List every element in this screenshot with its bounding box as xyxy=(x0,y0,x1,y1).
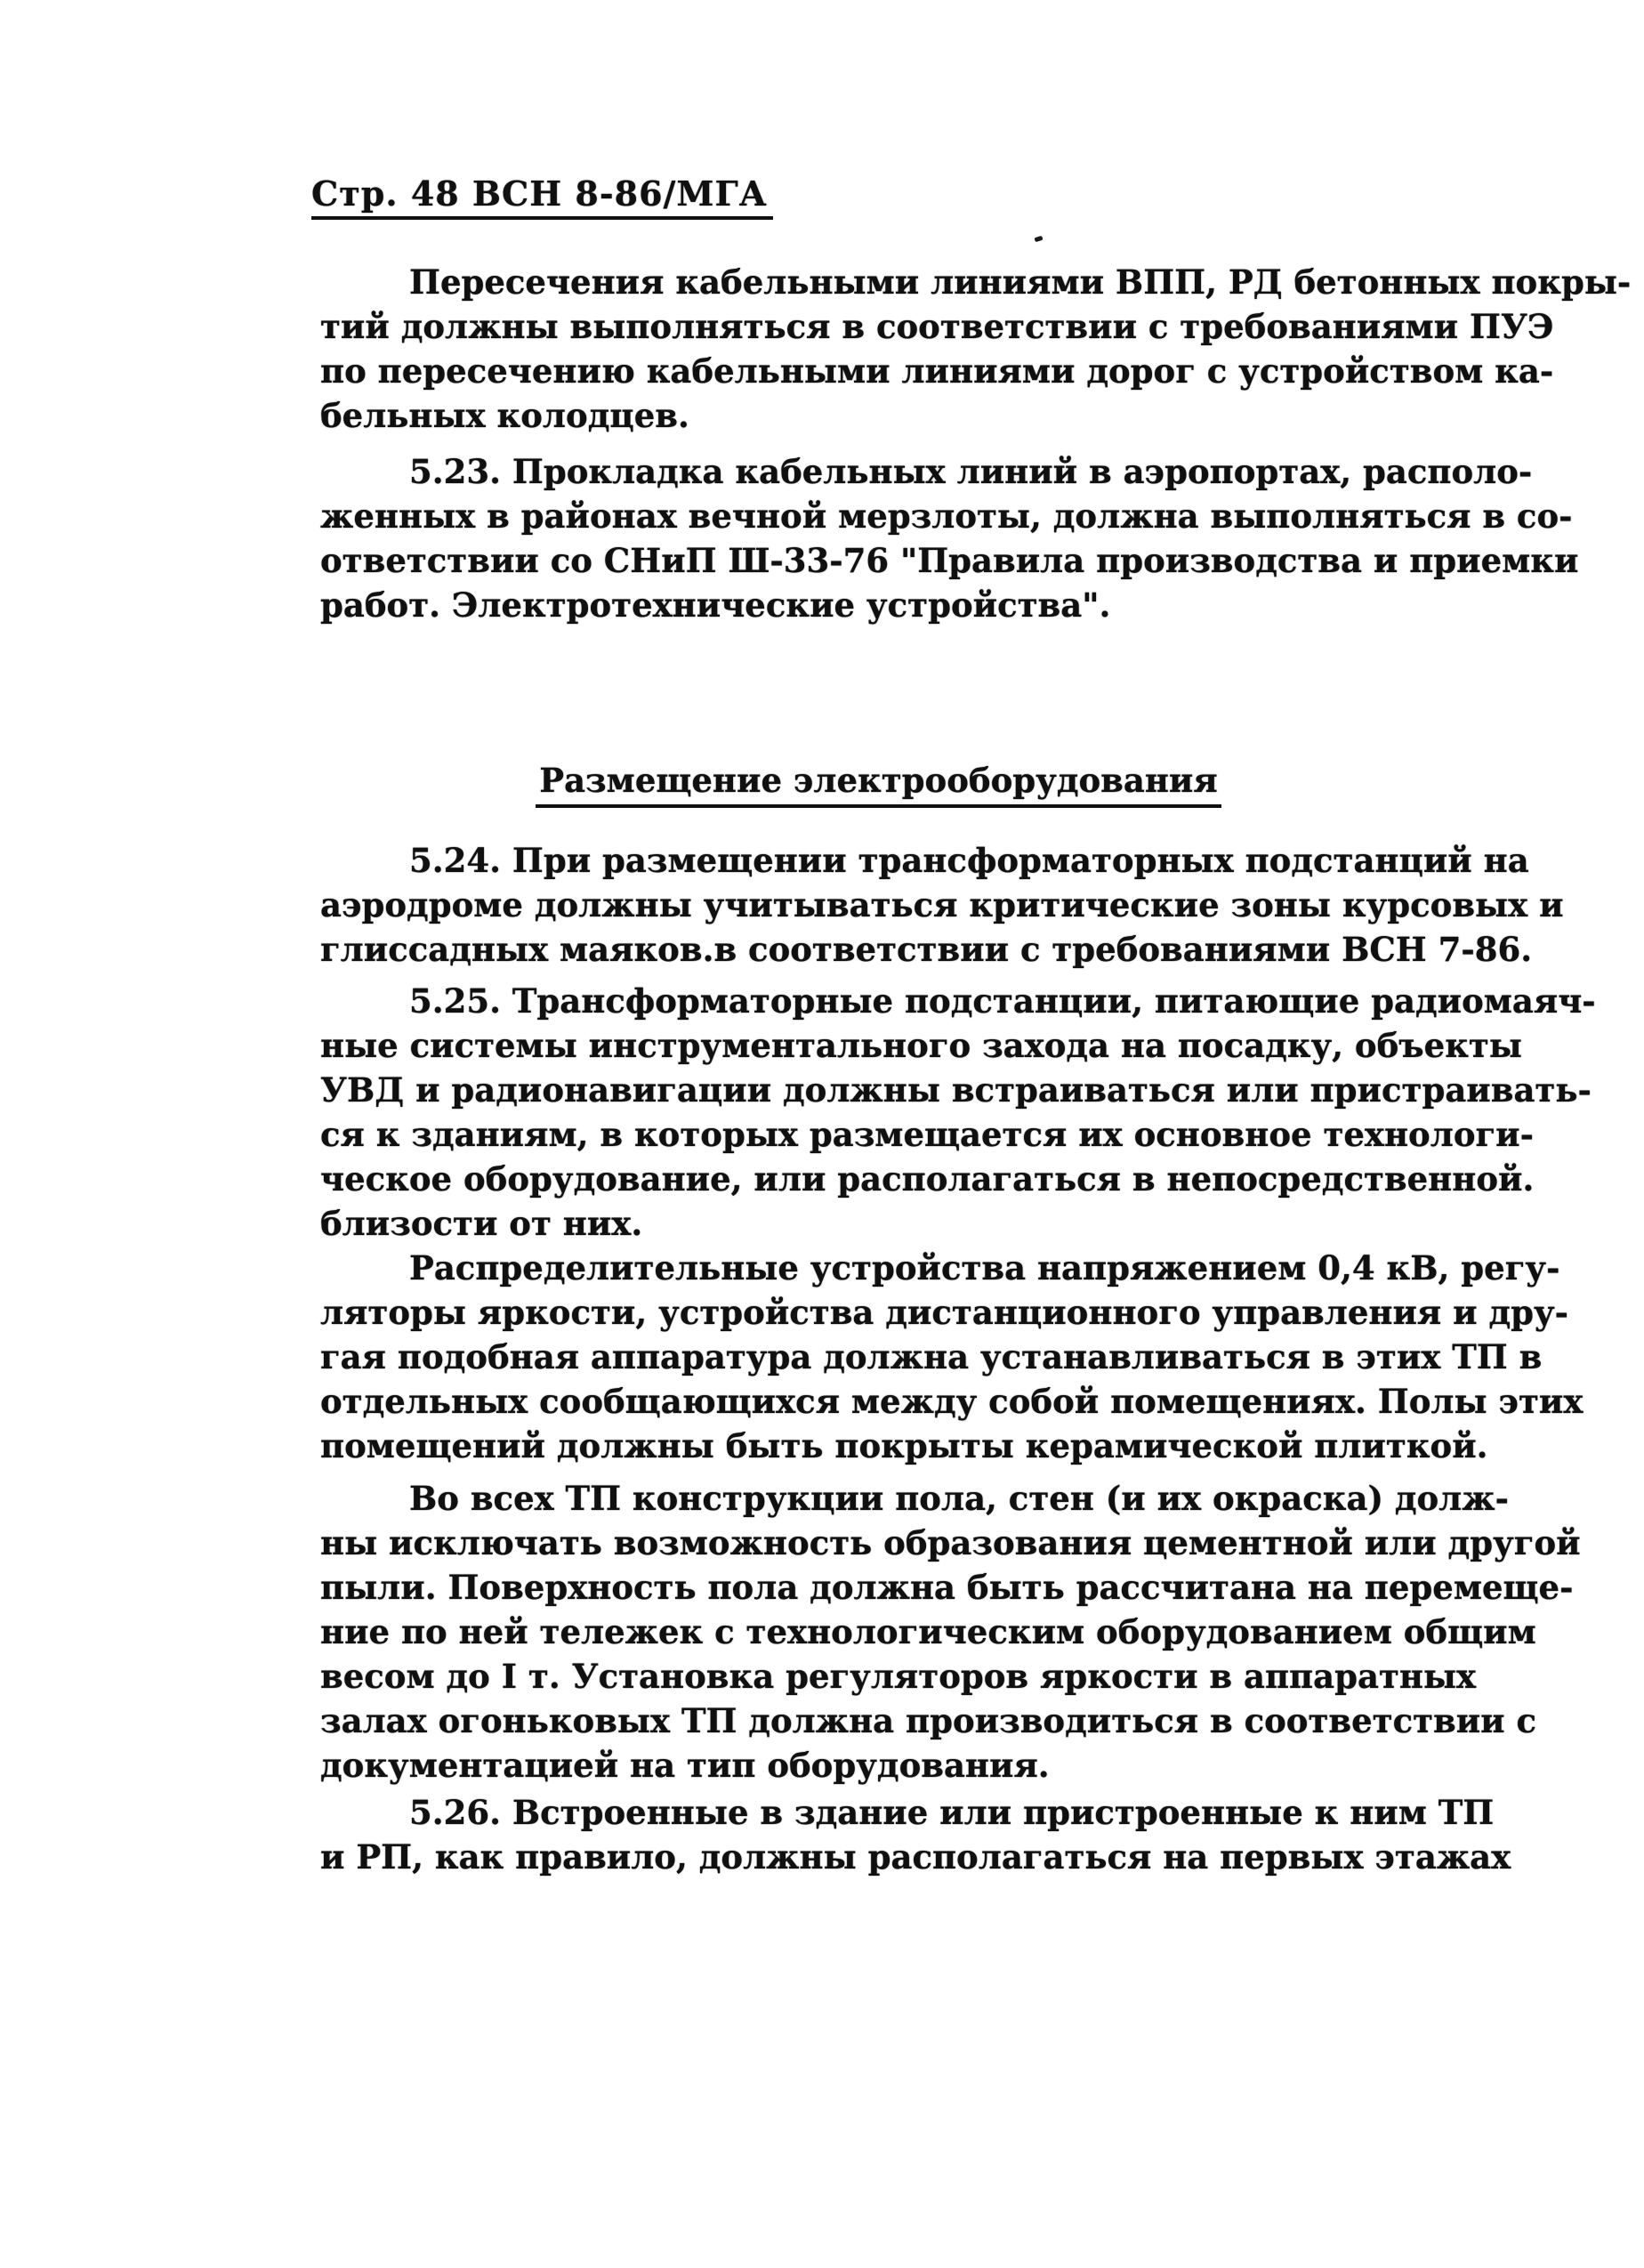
text-line: Пересечения кабельными линиями ВПП, РД б… xyxy=(320,260,1401,304)
section-heading: Размещение электрооборудования xyxy=(320,758,1401,803)
paragraph-floors: Во всех ТП конструкции пола, стен (и их … xyxy=(320,1476,1401,1788)
text-line: и РП, как правило, должны располагаться … xyxy=(320,1835,1401,1879)
text-line: бельных колодцев. xyxy=(320,393,1401,438)
paragraph-5-25: 5.25. Трансформаторные подстанции, питаю… xyxy=(320,979,1401,1246)
paragraph-5-23: 5.23. Прокладка кабельных линий в аэропо… xyxy=(320,449,1401,627)
text-line: помещений должны быть покрыты керамическ… xyxy=(320,1424,1401,1468)
text-line: ся к зданиям, в которых размещается их о… xyxy=(320,1112,1401,1157)
text-line: глиссадных маяков.в соответствии с требо… xyxy=(320,927,1401,972)
text-line: ные системы инструментального захода на … xyxy=(320,1023,1401,1068)
text-line: 5.24. При размещении трансформаторных по… xyxy=(320,838,1401,883)
page-header-text: Стр. 48 ВСН 8-86/МГА xyxy=(311,174,773,220)
text-line: аэродроме должны учитываться критические… xyxy=(320,883,1401,927)
text-line: близости от них. xyxy=(320,1201,1401,1246)
text-line: УВД и радионавигации должны встраиваться… xyxy=(320,1068,1401,1112)
text-line: гая подобная аппаратура должна устанавли… xyxy=(320,1335,1401,1379)
text-line: Распределительные устройства напряжением… xyxy=(320,1246,1401,1290)
text-line: отдельных сообщающихся между собой помещ… xyxy=(320,1379,1401,1424)
text-line: тий должны выполняться в соответствии с … xyxy=(320,304,1401,349)
scan-speck xyxy=(1034,236,1043,243)
text-line: пыли. Поверхность пола должна быть рассч… xyxy=(320,1565,1401,1610)
page-header: Стр. 48 ВСН 8-86/МГА xyxy=(311,174,773,220)
paragraph-intersections: Пересечения кабельными линиями ВПП, РД б… xyxy=(320,260,1401,438)
paragraph-5-26: 5.26. Встроенные в здание или пристроенн… xyxy=(320,1790,1401,1879)
paragraph-switchgear: Распределительные устройства напряжением… xyxy=(320,1246,1401,1468)
text-line: женных в районах вечной мерзлоты, должна… xyxy=(320,494,1401,538)
text-line: Во всех ТП конструкции пола, стен (и их … xyxy=(320,1476,1401,1521)
text-line: ответствии со СНиП Ш-33-76 "Правила прои… xyxy=(320,538,1401,583)
text-line: 5.23. Прокладка кабельных линий в аэропо… xyxy=(320,449,1401,494)
text-line: документацией на тип оборудования. xyxy=(320,1743,1401,1788)
text-line: весом до I т. Установка регуляторов ярко… xyxy=(320,1654,1401,1699)
text-line: 5.26. Встроенные в здание или пристроенн… xyxy=(320,1790,1401,1835)
text-line: ны исключать возможность образования цем… xyxy=(320,1521,1401,1565)
text-line: по пересечению кабельными линиями дорог … xyxy=(320,349,1401,393)
text-line: 5.25. Трансформаторные подстанции, питаю… xyxy=(320,979,1401,1023)
section-heading-text: Размещение электрооборудования xyxy=(536,758,1221,808)
text-line: залах огоньковых ТП должна производиться… xyxy=(320,1699,1401,1743)
text-line: ческое оборудование, или располагаться в… xyxy=(320,1157,1401,1201)
text-line: ние по ней тележек с технологическим обо… xyxy=(320,1610,1401,1654)
text-line: работ. Электротехнические устройства". xyxy=(320,583,1401,627)
paragraph-5-24: 5.24. При размещении трансформаторных по… xyxy=(320,838,1401,972)
text-line: ляторы яркости, устройства дистанционног… xyxy=(320,1290,1401,1335)
text-column: Пересечения кабельными линиями ВПП, РД б… xyxy=(320,260,1401,1879)
document-page: Стр. 48 ВСН 8-86/МГА Пересечения кабельн… xyxy=(0,0,1644,2268)
